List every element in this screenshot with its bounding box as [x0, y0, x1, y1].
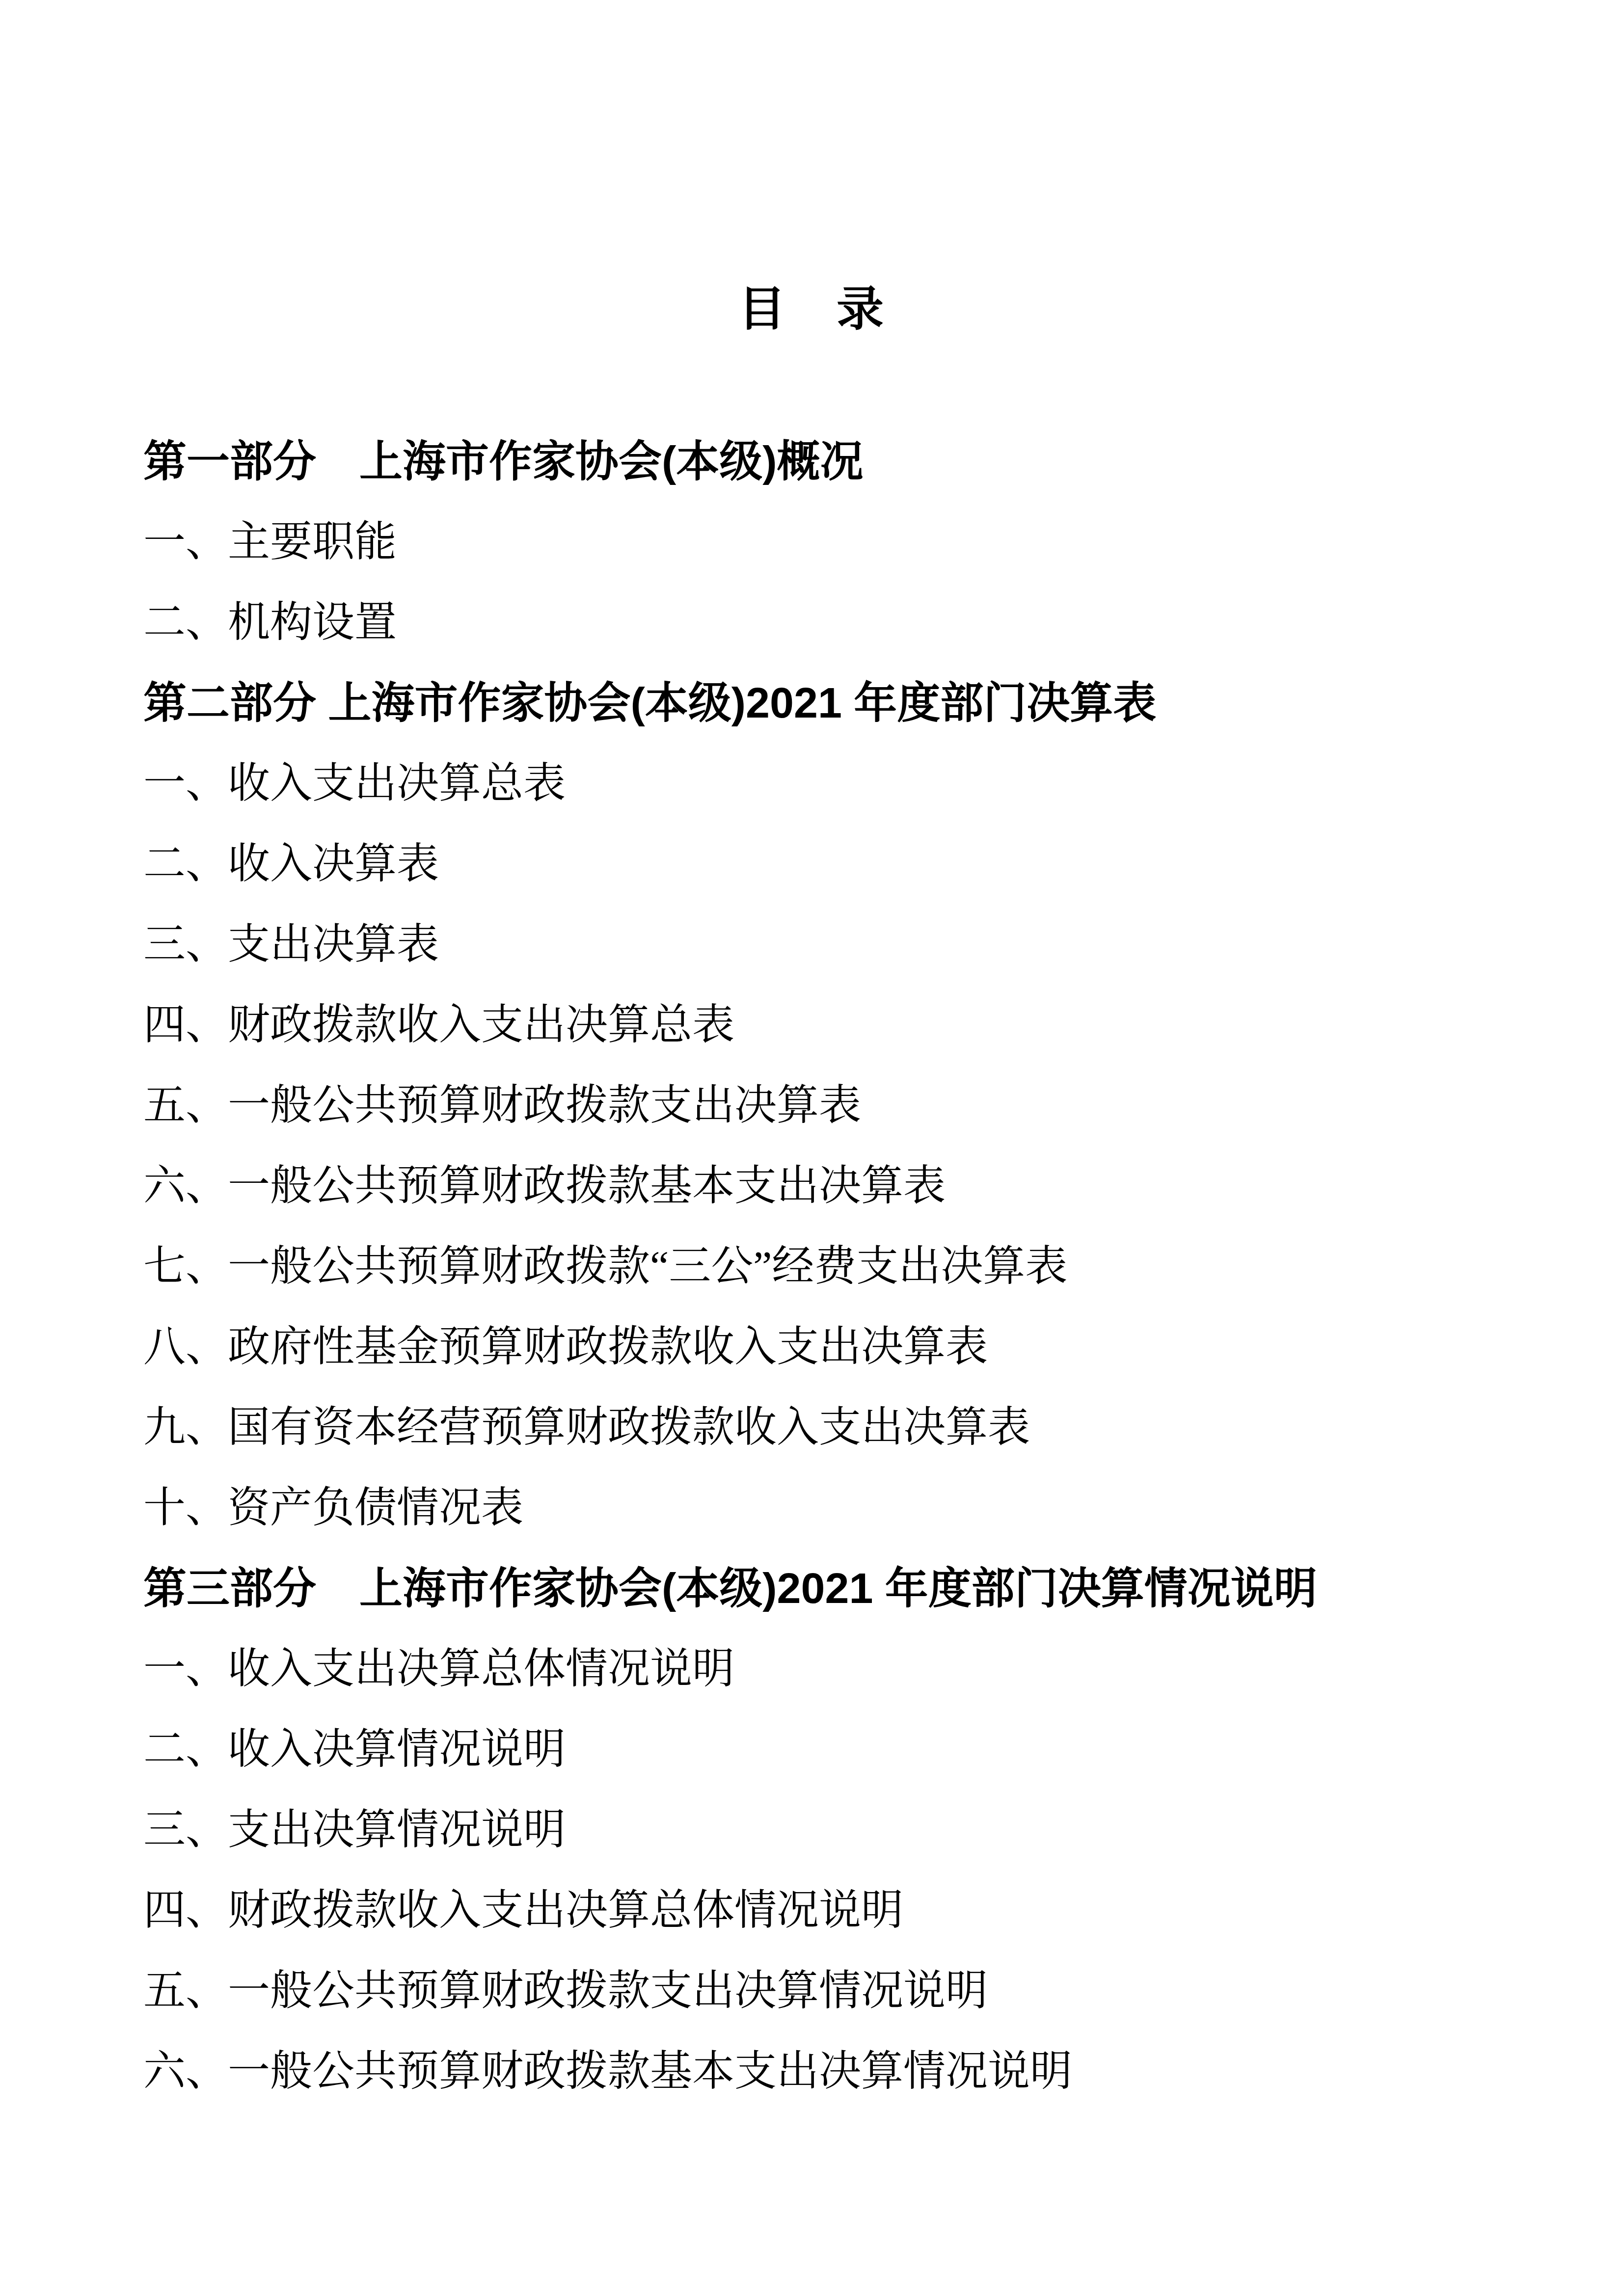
toc-item: 一、主要职能 — [0, 502, 1624, 582]
toc-item: 七、一般公共预算财政拨款“三公”经费支出决算表 — [0, 1226, 1624, 1307]
toc-item: 二、机构设置 — [0, 582, 1624, 663]
toc-item: 三、支出决算情况说明 — [0, 1789, 1624, 1870]
toc-item: 十、资产负债情况表 — [0, 1468, 1624, 1548]
toc-section-heading: 第三部分 上海市作家协会(本级)2021 年度部门决算情况说明 — [0, 1548, 1624, 1629]
toc-item: 一、收入支出决算总表 — [0, 743, 1624, 824]
toc-title: 目 录 — [0, 269, 1624, 349]
toc-item: 六、一般公共预算财政拨款基本支出决算表 — [0, 1146, 1624, 1226]
toc-item: 九、国有资本经营预算财政拨款收入支出决算表 — [0, 1387, 1624, 1468]
toc-item: 二、收入决算表 — [0, 824, 1624, 904]
document-page: 目 录 第一部分 上海市作家协会(本级)概况 一、主要职能 二、机构设置 第二部… — [0, 0, 1624, 2296]
toc-section-heading: 第二部分 上海市作家协会(本级)2021 年度部门决算表 — [0, 663, 1624, 743]
toc-section-heading: 第一部分 上海市作家协会(本级)概况 — [0, 421, 1624, 502]
toc-item: 四、财政拨款收入支出决算总体情况说明 — [0, 1870, 1624, 1950]
toc-item: 四、财政拨款收入支出决算总表 — [0, 985, 1624, 1065]
toc-item: 五、一般公共预算财政拨款支出决算情况说明 — [0, 1950, 1624, 2031]
toc-item: 二、收入决算情况说明 — [0, 1709, 1624, 1789]
toc-item: 六、一般公共预算财政拨款基本支出决算情况说明 — [0, 2031, 1624, 2111]
toc-item: 八、政府性基金预算财政拨款收入支出决算表 — [0, 1307, 1624, 1387]
toc-item: 一、收入支出决算总体情况说明 — [0, 1629, 1624, 1709]
toc-item: 五、一般公共预算财政拨款支出决算表 — [0, 1065, 1624, 1146]
toc-item: 三、支出决算表 — [0, 904, 1624, 985]
